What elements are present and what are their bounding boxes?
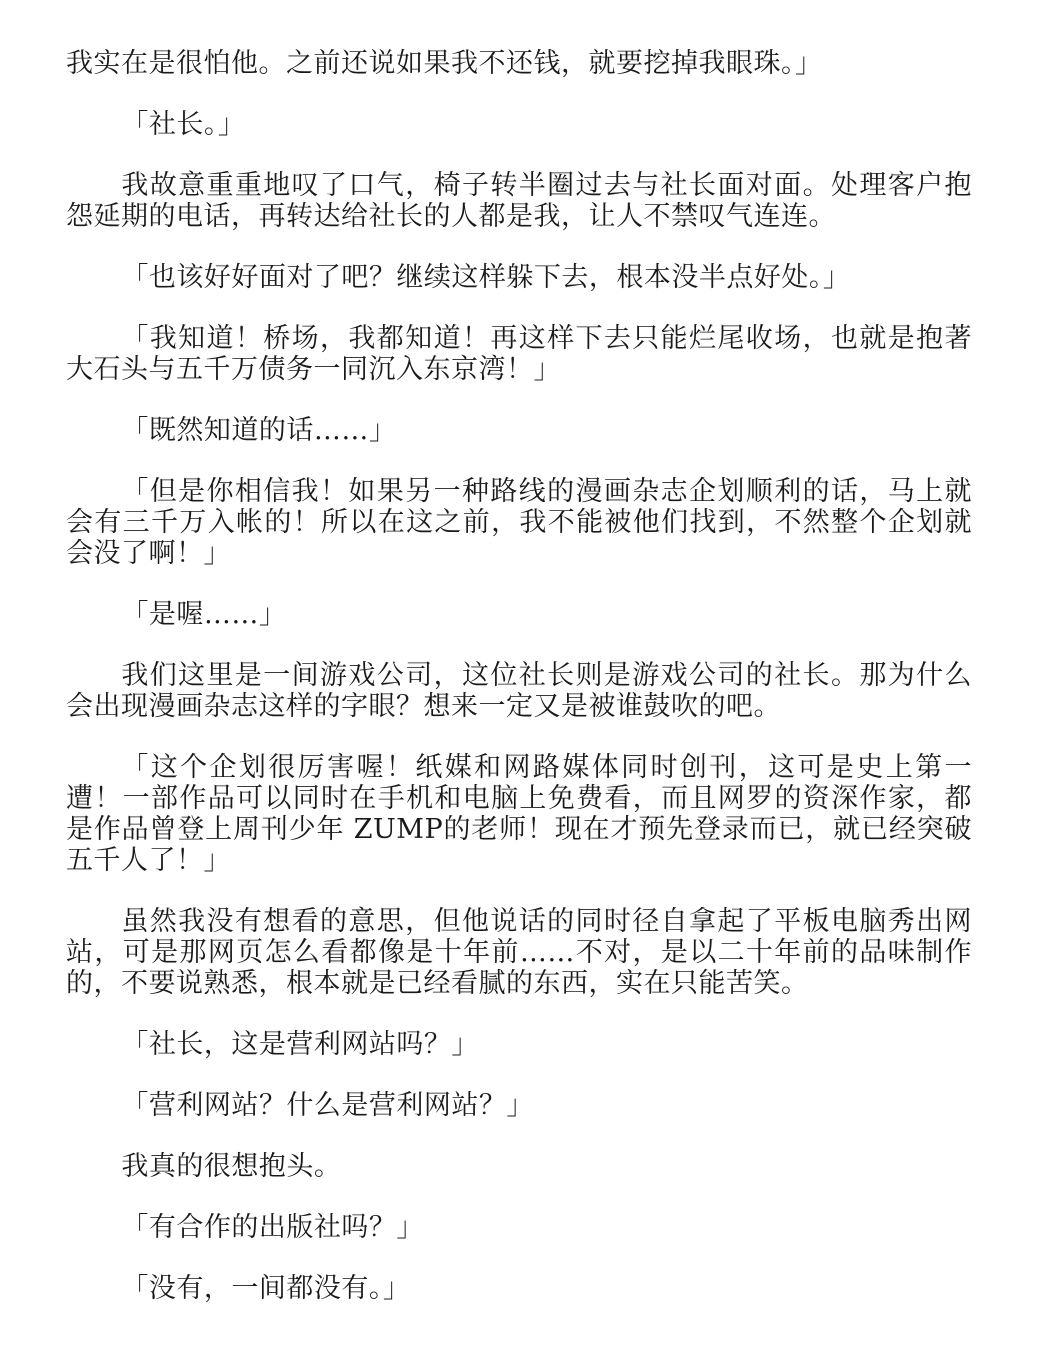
paragraph-dialogue: 「既然知道的话……」: [66, 415, 972, 446]
paragraph-dialogue: 「营利网站？什么是营利网站？」: [66, 1090, 972, 1121]
paragraph-dialogue: 「社长。」: [66, 109, 972, 140]
paragraph-dialogue: 「社长，这是营利网站吗？」: [66, 1029, 972, 1060]
paragraph-dialogue: 「但是你相信我！如果另一种路线的漫画杂志企划顺利的话，马上就会有三千万入帐的！所…: [66, 476, 972, 569]
paragraph-dialogue: 「也该好好面对了吧？继续这样躲下去，根本没半点好处。」: [66, 262, 972, 293]
paragraph-continuation: 我实在是很怕他。之前还说如果我不还钱，就要挖掉我眼珠。」: [66, 48, 972, 79]
document-page: 我实在是很怕他。之前还说如果我不还钱，就要挖掉我眼珠。」 「社长。」 我故意重重…: [66, 48, 972, 1334]
paragraph-dialogue: 「我知道！桥场，我都知道！再这样下去只能烂尾收场，也就是抱著大石头与五千万债务一…: [66, 323, 972, 385]
paragraph-dialogue: 「是喔……」: [66, 599, 972, 630]
paragraph-dialogue: 「这个企划很厉害喔！纸媒和网路媒体同时创刊，这可是史上第一遭！一部作品可以同时在…: [66, 752, 972, 876]
paragraph-narration: 我们这里是一间游戏公司，这位社长则是游戏公司的社长。那为什么会出现漫画杂志这样的…: [66, 660, 972, 722]
paragraph-narration: 我真的很想抱头。: [66, 1151, 972, 1182]
paragraph-dialogue: 「没有，一间都没有。」: [66, 1273, 972, 1304]
paragraph-narration: 我故意重重地叹了口气，椅子转半圈过去与社长面对面。处理客户抱怨延期的电话，再转达…: [66, 170, 972, 232]
paragraph-narration: 虽然我没有想看的意思，但他说话的同时径自拿起了平板电脑秀出网站，可是那网页怎么看…: [66, 906, 972, 999]
paragraph-dialogue: 「有合作的出版社吗？」: [66, 1212, 972, 1243]
